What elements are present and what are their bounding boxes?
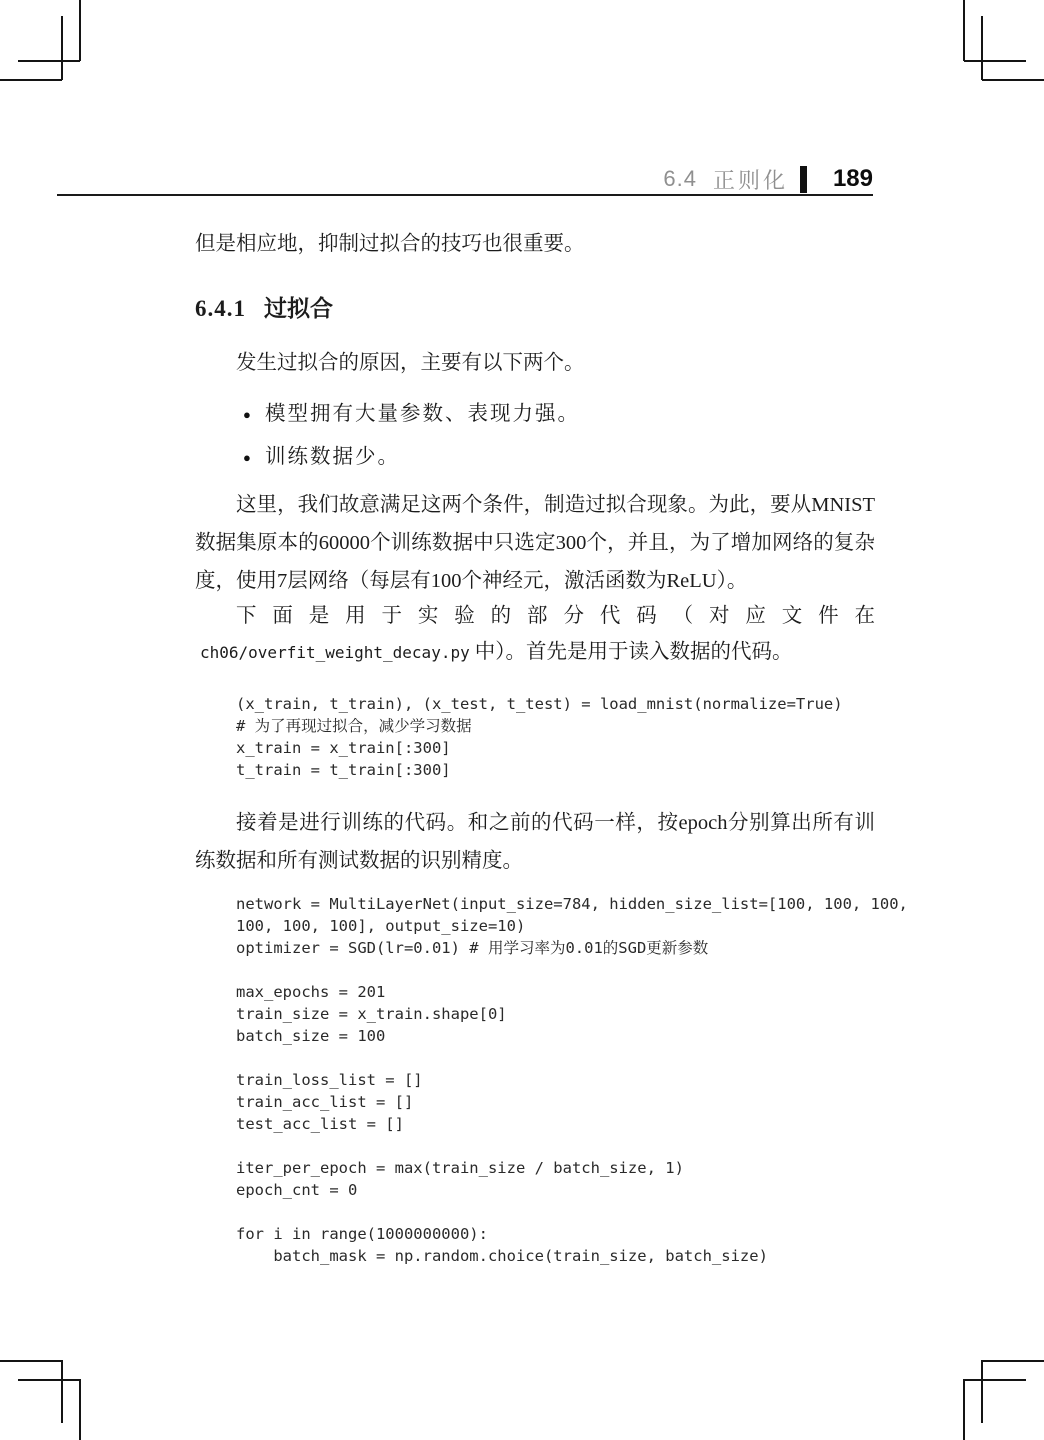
subsection-heading: 6.4.1 过拟合	[195, 290, 875, 323]
code-location-suffix: 中）。首先是用于读入数据的代码。	[475, 641, 793, 663]
intro-paragraph: 但是相应地，抑制过拟合的技巧也很重要。	[195, 225, 875, 263]
header-divider-bar	[800, 166, 807, 193]
bullet-item-1: ● 模型拥有大量参数、表现力强。	[195, 399, 875, 431]
subsection-title: 过拟合	[264, 290, 333, 323]
code-location-paragraph: 下面是用于实验的部分代码（对应文件在ch06/overfit_weight_de…	[195, 598, 875, 671]
bullet-icon: ●	[195, 442, 243, 474]
header-section-title: 正则化	[713, 164, 788, 195]
training-intro-paragraph: 接着是进行训练的代码。和之前的代码一样，按epoch分别算出所有训练数据和所有测…	[195, 804, 875, 880]
subsection-number: 6.4.1	[195, 296, 246, 322]
bullet-text: 模型拥有大量参数、表现力强。	[265, 399, 580, 429]
running-header: 6.4 正则化 189	[663, 163, 873, 195]
bullet-icon: ●	[195, 399, 243, 431]
code-location-prefix: 下面是用于实验的部分代码（对应文件在	[236, 605, 875, 627]
overfit-reasons-paragraph: 发生过拟合的原因，主要有以下两个。	[195, 344, 875, 382]
bullet-text: 训练数据少。	[265, 442, 400, 472]
header-page-number: 189	[833, 165, 873, 193]
header-section-number: 6.4	[663, 166, 697, 192]
code-block-load-data: (x_train, t_train), (x_test, t_test) = l…	[236, 693, 876, 781]
experiment-setup-paragraph: 这里，我们故意满足这两个条件，制造过拟合现象。为此，要从MNIST数据集原本的6…	[195, 486, 875, 600]
code-block-training: network = MultiLayerNet(input_size=784, …	[236, 893, 876, 1267]
inline-code-filename: ch06/overfit_weight_decay.py	[200, 643, 470, 662]
header-rule	[57, 194, 873, 196]
bullet-item-2: ● 训练数据少。	[195, 442, 875, 474]
book-page: 6.4 正则化 189 但是相应地，抑制过拟合的技巧也很重要。 6.4.1 过拟…	[0, 0, 1044, 1440]
